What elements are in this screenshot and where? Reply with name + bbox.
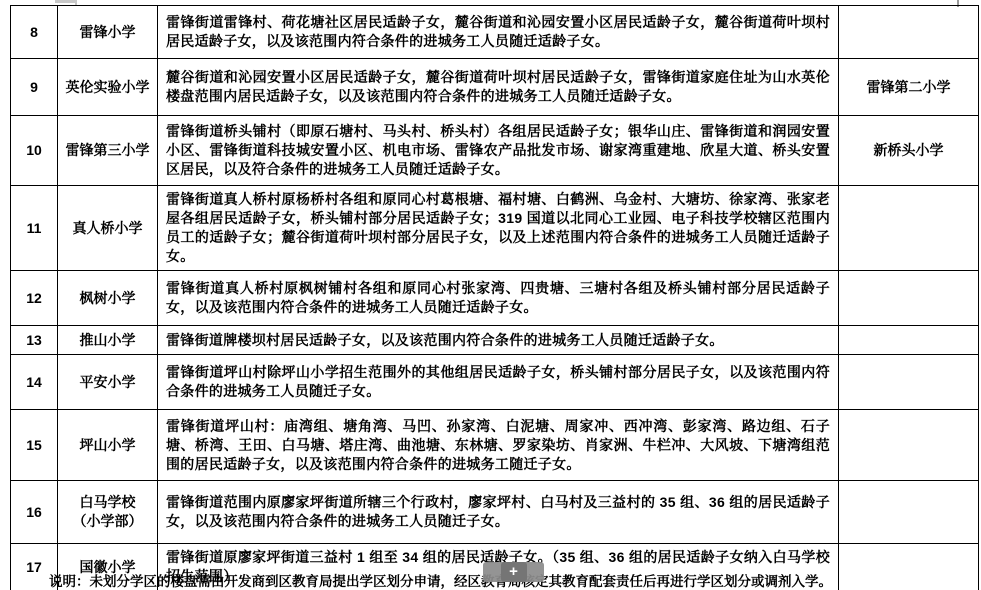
page-artifact-top-left [55,0,77,3]
plus-icon: + [501,562,527,582]
remark-cell [839,271,979,326]
table-row: 10 雷锋第三小学 雷锋街道桥头铺村（即原石塘村、马头村、桥头村）各组居民适龄子… [11,116,979,186]
remark-cell [839,326,979,355]
table-row: 8 雷锋小学 雷锋街道雷锋村、荷花塘社区居民适龄子女，麓谷街道和沁园安置小区居民… [11,6,979,59]
school-name: 英伦实验小学 [58,59,158,116]
district-scope-text: 雷锋街道坪山村：庙湾组、塘角湾、马凹、孙家湾、白泥塘、周家冲、西冲湾、彭家湾、路… [158,410,839,481]
row-number: 11 [11,186,58,271]
row-number: 13 [11,326,58,355]
remark-cell: 雷锋第二小学 [839,59,979,116]
remark-cell [839,6,979,59]
remark-cell [839,410,979,481]
remark-cell [839,481,979,544]
school-name: 雷锋小学 [58,6,158,59]
row-number: 10 [11,116,58,186]
district-scope-text: 雷锋街道桥头铺村（即原石塘村、马头村、桥头村）各组居民适龄子女；银华山庄、雷锋街… [158,116,839,186]
district-scope-text: 雷锋街道雷锋村、荷花塘社区居民适龄子女，麓谷街道和沁园安置小区居民适龄子女，麓谷… [158,6,839,59]
row-number: 14 [11,355,58,410]
school-district-table: 8 雷锋小学 雷锋街道雷锋村、荷花塘社区居民适龄子女，麓谷街道和沁园安置小区居民… [10,5,979,590]
table-row: 13 推山小学 雷锋街道牌楼坝村居民适龄子女，以及该范围内符合条件的进城务工人员… [11,326,979,355]
row-number: 15 [11,410,58,481]
school-name: 白马学校 （小学部） [58,481,158,544]
school-name: 真人桥小学 [58,186,158,271]
school-name: 平安小学 [58,355,158,410]
school-name: 坪山小学 [58,410,158,481]
table-row: 15 坪山小学 雷锋街道坪山村：庙湾组、塘角湾、马凹、孙家湾、白泥塘、周家冲、西… [11,410,979,481]
table-row: 11 真人桥小学 雷锋街道真人桥村原杨桥村各组和原同心村葛根塘、福村塘、白鹤洲、… [11,186,979,271]
district-scope-text: 雷锋街道真人桥村原枫树铺村各组和原同心村张家湾、四贵塘、三塘村各组及桥头铺村部分… [158,271,839,326]
row-number: 16 [11,481,58,544]
row-number: 9 [11,59,58,116]
table-row: 12 枫树小学 雷锋街道真人桥村原枫树铺村各组和原同心村张家湾、四贵塘、三塘村各… [11,271,979,326]
district-scope-text: 雷锋街道范围内原廖家坪街道所辖三个行政村，廖家坪村、白马村及三益村的 35 组、… [158,481,839,544]
school-name: 推山小学 [58,326,158,355]
table-row: 9 英伦实验小学 麓谷街道和沁园安置小区居民适龄子女，麓谷街道荷叶坝村居民适龄子… [11,59,979,116]
district-scope-text: 雷锋街道牌楼坝村居民适龄子女，以及该范围内符合条件的进城务工人员随迁适龄子女。 [158,326,839,355]
row-number: 8 [11,6,58,59]
district-scope-text: 麓谷街道和沁园安置小区居民适龄子女，麓谷街道荷叶坝村居民适龄子女，雷锋街道家庭住… [158,59,839,116]
district-scope-text: 雷锋街道真人桥村原杨桥村各组和原同心村葛根塘、福村塘、白鹤洲、乌金村、大塘坊、徐… [158,186,839,271]
table-row: 14 平安小学 雷锋街道坪山村除坪山小学招生范围外的其他组居民适龄子女，桥头铺村… [11,355,979,410]
school-name: 枫树小学 [58,271,158,326]
remark-cell: 新桥头小学 [839,116,979,186]
district-scope-text: 雷锋街道坪山村除坪山小学招生范围外的其他组居民适龄子女，桥头铺村部分居民子女，以… [158,355,839,410]
remark-cell [839,186,979,271]
row-number: 12 [11,271,58,326]
floating-add-button[interactable]: + [483,562,544,582]
remark-cell [839,355,979,410]
table-row: 16 白马学校 （小学部） 雷锋街道范围内原廖家坪街道所辖三个行政村，廖家坪村、… [11,481,979,544]
school-name: 雷锋第三小学 [58,116,158,186]
